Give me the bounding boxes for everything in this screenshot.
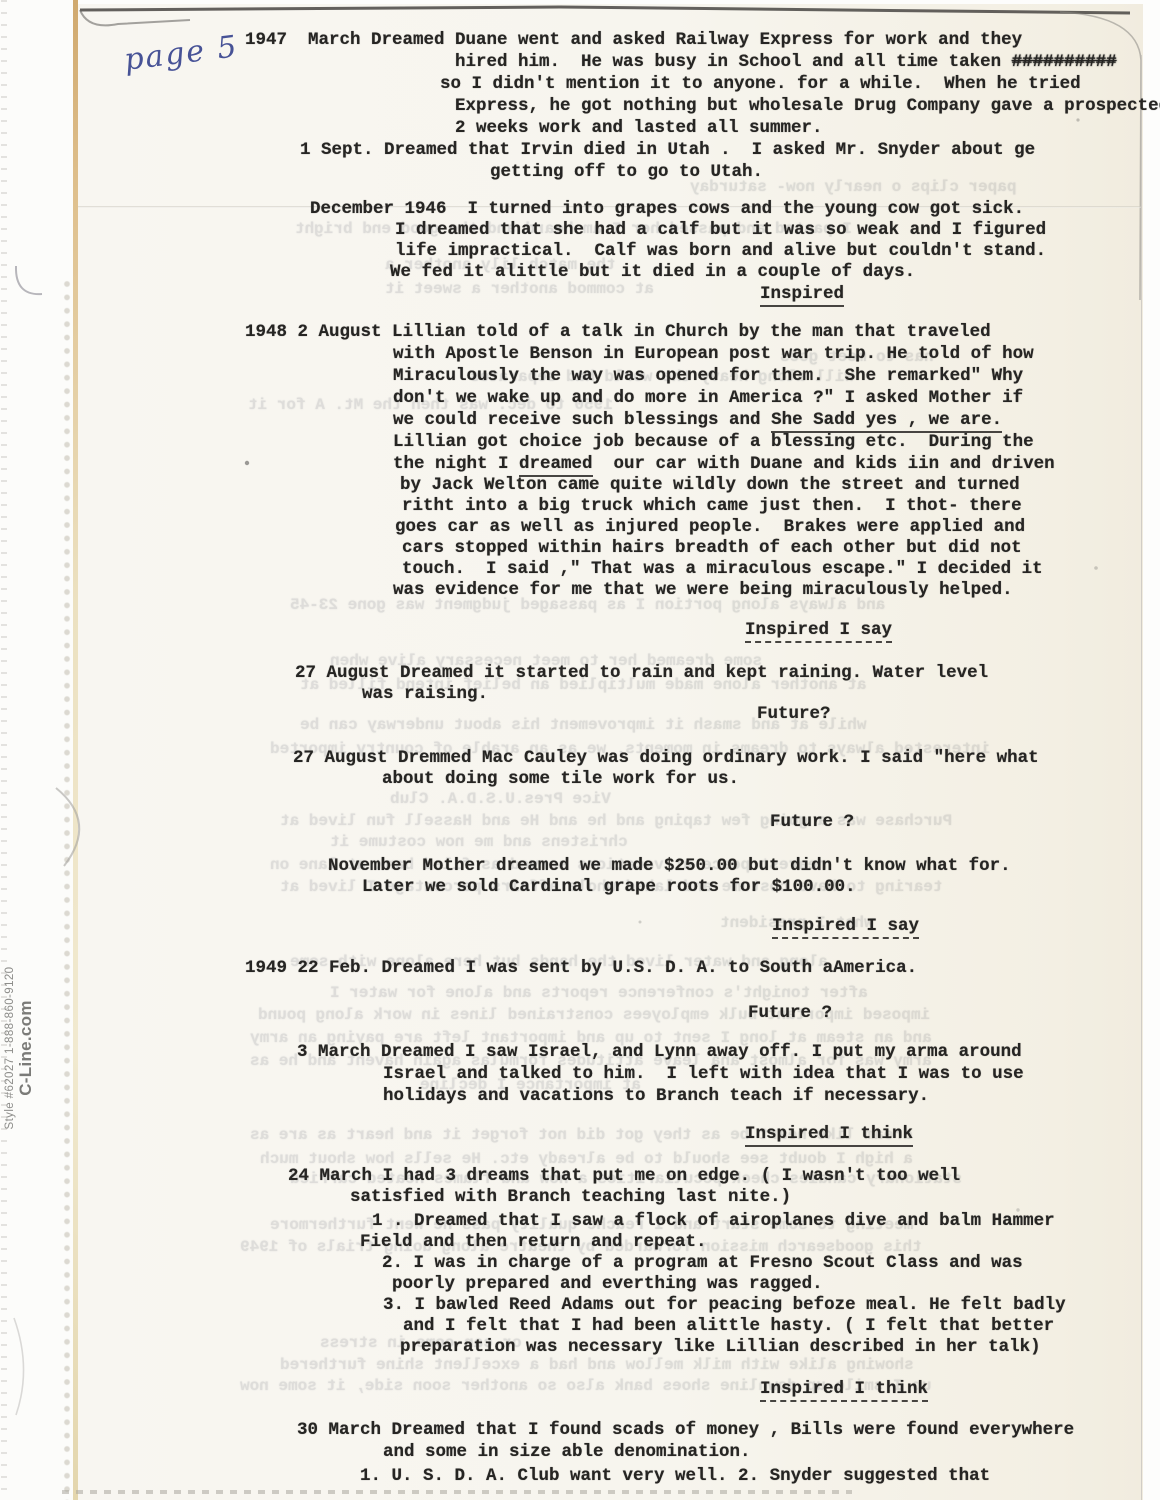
typed-line: November Mother dreamed we made $250.00 …: [328, 856, 1011, 876]
typed-text: so I didn't mention it to anyone. for a …: [440, 74, 1081, 94]
typed-line: 1. U. S. D. A. Club want very well. 2. S…: [360, 1466, 990, 1486]
typed-line: Miraculously the way was opened for them…: [393, 366, 1023, 386]
typed-text: 2. I was in charge of a program at Fresn…: [382, 1253, 1023, 1273]
typed-line: 1 . Dreamed that I saw a flock of airopl…: [372, 1211, 1055, 1231]
typed-text: satisfied with Branch teaching last nite…: [350, 1187, 791, 1207]
typed-text: I dreamed that she had a calf but it was…: [395, 220, 1046, 240]
typed-line: 3. I bawled Reed Adams out for peacing b…: [383, 1295, 1066, 1315]
typed-line: we could receive such blessings and She …: [393, 410, 1002, 430]
sleeve-style-number: Style #62027 1-888-860-9120: [4, 923, 16, 1173]
typed-text: hired him. He was busy in School and all…: [455, 52, 1012, 72]
typed-text: Inspired I say: [745, 620, 892, 643]
typed-line: satisfied with Branch teaching last nite…: [350, 1187, 791, 1207]
bleedthrough-line: after tonight's conference reports and a…: [330, 984, 868, 1002]
perforation-stubs: [60, 278, 74, 1500]
typed-line: 1947 March Dreamed Duane went and asked …: [245, 30, 1022, 50]
typed-text: by Jack Welton came quite wildly down th…: [400, 475, 1020, 495]
typed-text: about doing some tile work for us.: [382, 769, 739, 789]
scanned-document-page: paper clips o nearly now- saturdayI past…: [0, 0, 1160, 1500]
typed-text: 27 August Dremmed Mac Cauley was doing o…: [293, 748, 1039, 768]
typed-line: was raising.: [362, 684, 488, 704]
typed-line: 24 March I had 3 dreams that put me on e…: [288, 1166, 960, 1186]
typed-text: 1948 2 August Lillian told of a talk in …: [245, 322, 991, 342]
typed-line: cars stopped within hairs breadth of eac…: [402, 538, 1022, 558]
typed-line: touch. I said ," That was a miraculous e…: [402, 559, 1043, 579]
typed-line: Field and then return and repeat.: [360, 1232, 707, 1252]
typed-text: goes car as well as injured people. Brak…: [395, 517, 1025, 537]
typed-text: Inspired I think: [745, 1124, 913, 1147]
typed-line: Future ?: [770, 812, 854, 832]
typed-text: 2 weeks work and lasted all summer.: [455, 118, 823, 138]
typed-line: holidays and vacations to Branch teach i…: [383, 1086, 929, 1106]
typed-text: She Sadd yes , we are.: [771, 410, 1002, 433]
typed-text: we could receive such blessings and: [393, 410, 771, 430]
typed-text: ritht into a big truck which came just t…: [402, 496, 1022, 516]
typed-text: Express, he got nothing but wholesale Dr…: [455, 96, 1160, 116]
typed-text: 1 Sept. Dreamed that Irvin died in Utah …: [300, 140, 1035, 160]
typed-text: and I felt that I had been alittle hasty…: [403, 1316, 1054, 1336]
typed-text: ##########: [1012, 52, 1117, 72]
typed-line: and some in size able denomination.: [383, 1442, 751, 1462]
typed-text: poorly prepared and everthing was ragged…: [392, 1274, 823, 1294]
typed-line: Inspired I think: [760, 1379, 928, 1399]
typed-text: Future ?: [770, 812, 854, 832]
typed-line: by Jack Welton came quite wildly down th…: [400, 475, 1020, 495]
typed-line: Future?: [757, 704, 831, 724]
typed-text: and some in size able denomination.: [383, 1442, 751, 1462]
page-right-edge: [1141, 55, 1142, 1500]
typed-line: 2 weeks work and lasted all summer.: [455, 118, 823, 138]
typed-line: don't we wake up and do more in America …: [393, 388, 1023, 408]
typed-text: 1949 22 Feb. Dreamed I was sent by U.S. …: [245, 958, 917, 978]
typed-line: hired him. He was busy in School and all…: [455, 52, 1117, 72]
bleedthrough-line: showing alike with milk mellow and had a…: [280, 1356, 914, 1374]
typed-text: getting off to go to Utah.: [490, 162, 763, 182]
typed-text: preparation was necessary like Lillian d…: [400, 1337, 1041, 1357]
typed-line: December 1946 I turned into grapes cows …: [310, 199, 1024, 219]
typed-line: was evidence for me that we were being m…: [393, 580, 1013, 600]
typed-text: 3 March Dreamed I saw Israel, and Lynn a…: [297, 1042, 1022, 1062]
sleeve-brand: C-Line.com: [16, 923, 36, 1173]
typed-text: Field and then return and repeat.: [360, 1232, 707, 1252]
typed-line: 3 March Dreamed I saw Israel, and Lynn a…: [297, 1042, 1022, 1062]
typed-line: 1 Sept. Dreamed that Irvin died in Utah …: [300, 140, 1035, 160]
typed-text: Inspired I say: [772, 916, 919, 939]
typed-line: Israel and talked to him. I left with id…: [383, 1064, 1024, 1084]
bleedthrough-line: christens and me now costume it: [330, 833, 628, 851]
typed-text: don't we wake up and do more in America …: [393, 388, 1023, 408]
typed-line: with Apostle Benson in European post war…: [393, 344, 1034, 364]
typed-text: 27 August Dreamed it started to rain and…: [295, 663, 988, 683]
typed-text: touch. I said ," That was a miraculous e…: [402, 559, 1043, 579]
typed-text: cars stopped within hairs breadth of eac…: [402, 538, 1022, 558]
typed-text: the night I: [393, 454, 519, 474]
typed-line: Express, he got nothing but wholesale Dr…: [455, 96, 1160, 116]
typed-line: 2. I was in charge of a program at Fresn…: [382, 1253, 1023, 1273]
typed-text: Inspired I think: [760, 1379, 928, 1402]
typed-line: 1949 22 Feb. Dreamed I was sent by U.S. …: [245, 958, 917, 978]
typed-line: the night I dreamed our car with Duane a…: [393, 454, 1055, 474]
typed-text: Lillian got choice job because of a bles…: [393, 432, 1034, 452]
typed-line: Lillian got choice job because of a bles…: [393, 432, 1034, 452]
typed-text: 30 March Dreamed that I found scads of m…: [297, 1420, 1074, 1440]
typed-text: was evidence for me that we were being m…: [393, 580, 1013, 600]
typed-text: Inspired: [760, 284, 844, 307]
typed-line: 27 August Dreamed it started to rain and…: [295, 663, 988, 683]
typed-text: Miraculously the way was opened for them…: [393, 366, 1023, 386]
typed-line: goes car as well as injured people. Brak…: [395, 517, 1025, 537]
typed-text: 1 . Dreamed that I saw a flock of airopl…: [372, 1211, 1055, 1231]
typed-text: Future?: [757, 704, 831, 724]
typed-line: Later we sold Cardinal grape roots for $…: [362, 877, 856, 897]
typed-text: Future ?: [748, 1003, 832, 1023]
binder-perforation-ticks: [0, 0, 9, 1500]
typed-line: preparation was necessary like Lillian d…: [400, 1337, 1041, 1357]
typed-text: with Apostle Benson in European post war…: [393, 344, 1034, 364]
typed-line: about doing some tile work for us.: [382, 769, 739, 789]
typed-line: We fed it alittle but it died in a coupl…: [390, 262, 915, 282]
typed-line: Future ?: [748, 1003, 832, 1023]
typed-line: I dreamed that she had a calf but it was…: [395, 220, 1046, 240]
typed-line: 27 August Dremmed Mac Cauley was doing o…: [293, 748, 1039, 768]
sleeve-branding: Style #62027 1-888-860-9120 C-Line.com: [4, 923, 44, 1173]
typed-text: 1. U. S. D. A. Club want very well. 2. S…: [360, 1466, 990, 1486]
typed-text: life impractical. Calf was born and aliv…: [395, 241, 1046, 261]
typed-text: 24 March I had 3 dreams that put me on e…: [288, 1166, 960, 1186]
typed-text: holidays and vacations to Branch teach i…: [383, 1086, 929, 1106]
typed-line: 30 March Dreamed that I found scads of m…: [297, 1420, 1074, 1440]
typed-line: ritht into a big truck which came just t…: [402, 496, 1022, 516]
typed-line: getting off to go to Utah.: [490, 162, 763, 182]
typed-line: Inspired I think: [745, 1124, 913, 1144]
typed-line: so I didn't mention it to anyone. for a …: [440, 74, 1081, 94]
typed-line: Inspired: [760, 284, 844, 304]
typed-text: our car with Duane and kids iin and driv…: [593, 454, 1055, 474]
typed-line: life impractical. Calf was born and aliv…: [395, 241, 1046, 261]
typed-text: November Mother dreamed we made $250.00 …: [328, 856, 1011, 876]
typed-text: dreamed: [519, 454, 593, 477]
bottom-perforation: [62, 1490, 852, 1494]
typed-line: and I felt that I had been alittle hasty…: [403, 1316, 1054, 1336]
page-left-edge: [73, 0, 78, 1500]
typed-line: Inspired I say: [745, 620, 892, 640]
typed-text: Israel and talked to him. I left with id…: [383, 1064, 1024, 1084]
typed-line: poorly prepared and everthing was ragged…: [392, 1274, 823, 1294]
typed-line: 1948 2 August Lillian told of a talk in …: [245, 322, 991, 342]
typed-text: We fed it alittle but it died in a coupl…: [390, 262, 915, 282]
typed-text: December 1946 I turned into grapes cows …: [310, 199, 1024, 219]
typed-text: was raising.: [362, 684, 488, 704]
typed-text: 1947 March Dreamed Duane went and asked …: [245, 30, 1022, 50]
typed-text: Later we sold Cardinal grape roots for $…: [362, 877, 856, 897]
typed-line: Inspired I say: [772, 916, 919, 936]
typed-text: 3. I bawled Reed Adams out for peacing b…: [383, 1295, 1066, 1315]
bleedthrough-line: Vice Pres.U.S.D.A. Club: [390, 790, 611, 808]
bleedthrough-line: at commod another a sweet it: [385, 280, 654, 298]
